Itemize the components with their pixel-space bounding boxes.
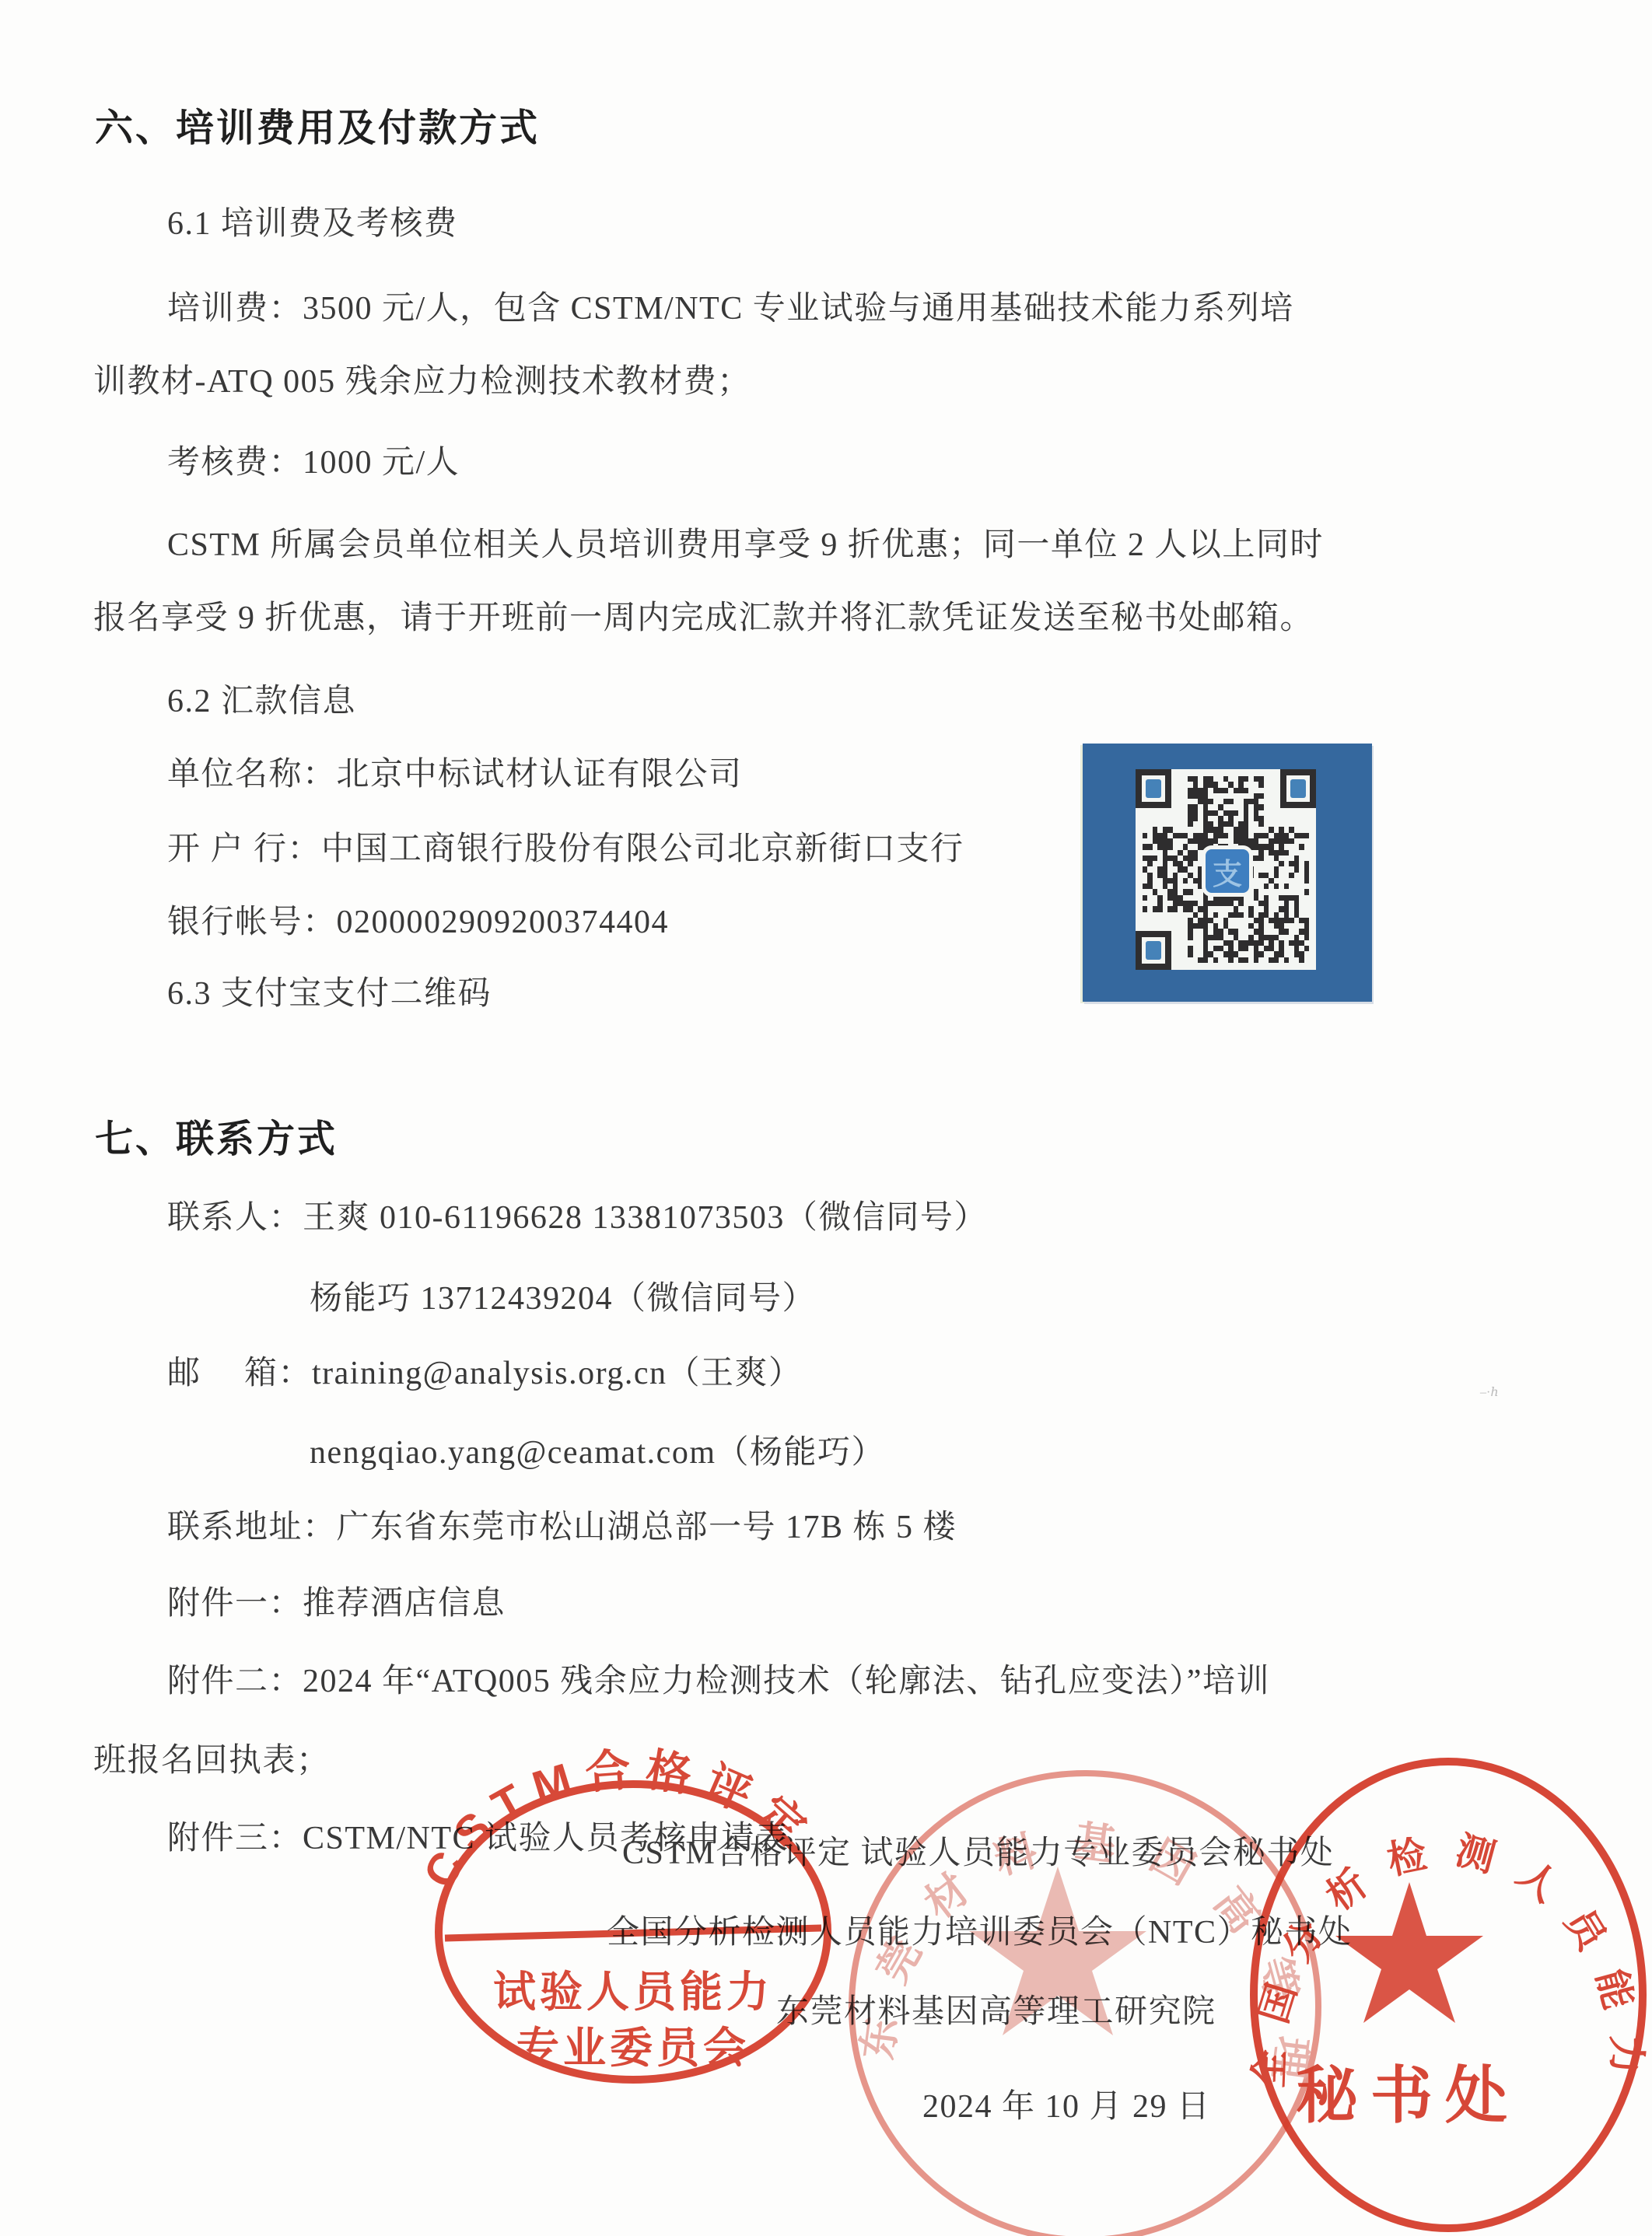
document-page: 六、培训费用及付款方式 6.1 培训费及考核费 培训费：3500 元/人，包含 … xyxy=(0,0,1652,2236)
account-number-line: 银行帐号：0200002909200374404 xyxy=(167,903,669,942)
attachment-2-line-1: 附件二：2024 年“ATQ005 残余应力检测技术（轮廓法、钻孔应变法）”培训 xyxy=(167,1662,1270,1701)
signature-org-line-1: CSTM合格评定 试验人员能力专业委员会秘书处 xyxy=(622,1834,1334,1873)
qr-finder-top-right xyxy=(1280,769,1316,808)
section7-heading: 七、联系方式 xyxy=(95,1117,338,1163)
stamp-cstm-committee: CSTM合格评定 试验人员能力 专业委员会 xyxy=(414,1744,828,2080)
discount-line-1: CSTM 所属会员单位相关人员培训费用享受 9 折优惠；同一单位 2 人以上同时 xyxy=(167,526,1324,565)
stamp-national-committee: 全国分析检测人员能力培训委员会 秘书处 xyxy=(0,0,1648,2228)
address-line: 联系地址：广东省东莞市松山湖总部一号 17B 栋 5 楼 xyxy=(167,1508,957,1547)
section6-heading: 六、培训费用及付款方式 xyxy=(95,106,540,152)
account-name-line: 单位名称：北京中标试材认证有限公司 xyxy=(167,755,743,794)
attachment-1-line: 附件一：推荐酒店信息 xyxy=(167,1584,506,1623)
alipay-logo-icon: 支 xyxy=(1202,845,1253,897)
stamp-cstm-row-1: 试验人员能力 xyxy=(493,1968,773,2016)
signature-org-line-2: 全国分析检测人员能力培训委员会（NTC）秘书处 xyxy=(607,1913,1353,1952)
stamp-cstm-row-2: 专业委员会 xyxy=(516,2024,750,2072)
qr-finder-top-left xyxy=(1136,769,1171,808)
bank-line: 开 户 行：中国工商银行股份有限公司北京新街口支行 xyxy=(167,830,964,869)
email-line-1: 邮 箱：training@analysis.org.cn（王爽） xyxy=(167,1354,803,1393)
section62-title: 6.2 汇款信息 xyxy=(167,682,356,721)
discount-line-2: 报名享受 9 折优惠，请于开班前一周内完成汇款并将汇款凭证发送至秘书处邮箱。 xyxy=(93,599,1314,638)
fee-line-1: 培训费：3500 元/人，包含 CSTM/NTC 专业试验与通用基础技术能力系列… xyxy=(167,289,1294,328)
signature-date: 2024 年 10 月 29 日 xyxy=(922,2087,1211,2126)
stamp-national-center-text: 秘书处 xyxy=(1296,2061,1520,2130)
attachment-2-line-2: 班报名回执表； xyxy=(93,1741,331,1780)
contact-line-2: 杨能巧 13712439204（微信同号） xyxy=(310,1279,816,1318)
qr-finder-bottom-left xyxy=(1136,931,1171,970)
alipay-qr-code: 支 xyxy=(1083,744,1372,1002)
exam-fee-line: 考核费：1000 元/人 xyxy=(167,443,460,482)
fee-line-2: 训教材-ATQ 005 残余应力检测技术教材费； xyxy=(93,362,751,401)
signature-org-line-3: 东莞材料基因高等理工研究院 xyxy=(776,1993,1216,2031)
stamp-national-star-icon xyxy=(1335,1882,1483,2023)
qr-quiet-zone: 支 xyxy=(1136,769,1316,970)
email-line-2: nengqiao.yang@ceamat.com（杨能巧） xyxy=(310,1433,885,1472)
section61-title: 6.1 培训费及考核费 xyxy=(167,205,458,243)
contact-line-1: 联系人：王爽 010-61196628 13381073503（微信同号） xyxy=(167,1198,988,1237)
section63-title: 6.3 支付宝支付二维码 xyxy=(167,975,492,1013)
scan-artifact: –·ℎ xyxy=(1480,1384,1503,1392)
